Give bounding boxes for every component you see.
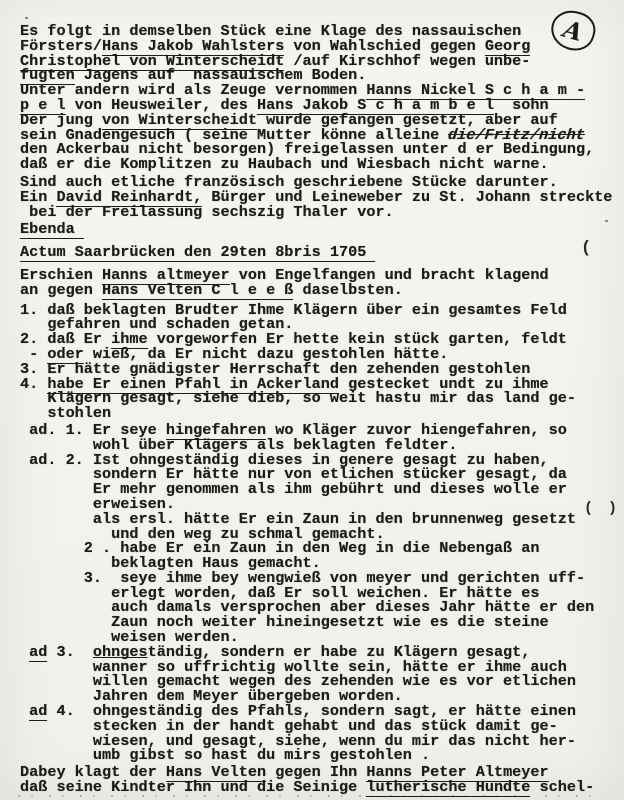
text-run: daselbsten. — [293, 281, 402, 299]
text-line: daß er die Komplitzen zu Haubach und Wie… — [20, 157, 620, 172]
text-run: daß seine Kindter Ihn und die Seinige — [20, 778, 366, 796]
scanned-document-page: A ( ( ) Es folgt in demselben Stück eine… — [0, 0, 624, 800]
underlined-text: Ebenda — [20, 220, 84, 239]
text-line: bei der Freilassung sechszig Thaler vor. — [20, 205, 620, 220]
text-run: bei der Freilassung sechszig Thaler vor. — [20, 203, 394, 221]
scan-speck — [25, 17, 28, 19]
scan-speck — [605, 220, 608, 222]
scan-noise-row — [18, 795, 594, 797]
text-run: stohlen — [20, 404, 111, 422]
text-line: umb gibst so hast du mirs gestohlen . — [20, 748, 620, 763]
text-line: an gegen Hans Velten C l e e ß daselbste… — [20, 283, 620, 298]
struck-out-text: die/Fritz/nicht — [448, 128, 586, 143]
text-line: Ebenda — [20, 222, 620, 237]
text-run: daß er die Komplitzen zu Haubach und Wie… — [20, 155, 549, 173]
document-body: Es folgt in demselben Stück eine Klage d… — [20, 24, 620, 795]
text-run: umb gibst so hast du mirs gestohlen . — [20, 746, 430, 764]
text-run: an gegen — [20, 281, 102, 299]
text-line: Actum Saarbrücken den 29ten 8bris 1705 — [20, 245, 620, 260]
text-line: stohlen — [20, 406, 620, 421]
underlined-text: Actum Saarbrücken den 29ten 8bris 1705 — [20, 243, 375, 262]
text-run: schel- — [530, 778, 594, 796]
underlined-text: Hans Velten C l e e ß — [102, 281, 293, 300]
text-line: daß seine Kindter Ihn und die Seinige lu… — [20, 780, 620, 795]
